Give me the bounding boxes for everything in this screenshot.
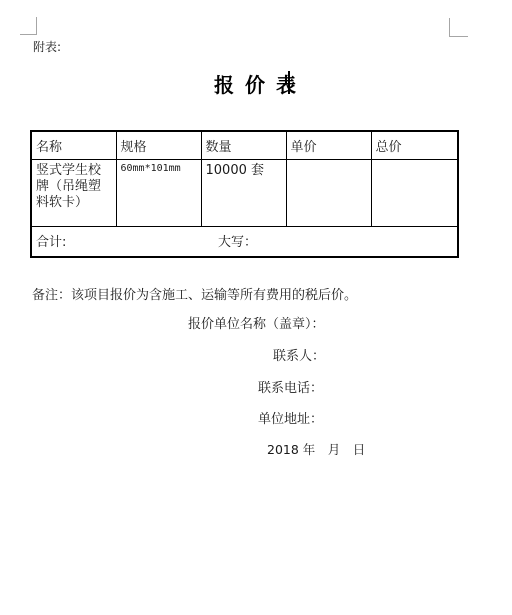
cell-spec: 60mm*101mm (116, 159, 201, 226)
column-header-unit-price: 单价 (286, 131, 371, 159)
margin-crop-mark-top-right (449, 18, 468, 37)
appendix-label: 附表: (33, 38, 61, 55)
contact-phone-label: 联系电话： (258, 377, 323, 396)
table-header-row: 名称 规格 数量 单价 总价 (31, 131, 458, 159)
table-footer-row: 合计: 大写： (31, 226, 458, 257)
cell-unit-price[interactable] (286, 159, 371, 226)
margin-crop-mark-top-left (20, 17, 37, 35)
document-title: 报 价 表 (0, 69, 512, 98)
quotation-table: 名称 规格 数量 单价 总价 竖式学生校牌（吊绳塑料软卡） 60mm*101mm… (30, 130, 459, 258)
cell-total-price[interactable] (371, 159, 458, 226)
cell-product-name: 竖式学生校牌（吊绳塑料软卡） (31, 159, 116, 226)
column-header-quantity: 数量 (201, 131, 286, 159)
amount-in-words-label: 大写： (218, 231, 257, 250)
column-header-total-price: 总价 (371, 131, 458, 159)
column-header-spec: 规格 (116, 131, 201, 159)
table-row: 竖式学生校牌（吊绳塑料软卡） 60mm*101mm 10000 套 (31, 159, 458, 226)
document-page[interactable]: 附表: 报 价 表 名称 规格 数量 单价 总价 竖式学生校牌（吊绳塑料软卡） … (0, 0, 512, 615)
company-name-label: 报价单位名称（盖章）： (188, 313, 325, 332)
footer-cell[interactable]: 合计: 大写： (31, 226, 458, 257)
cell-quantity: 10000 套 (201, 159, 286, 226)
column-header-name: 名称 (31, 131, 116, 159)
text-cursor (288, 71, 290, 94)
note-text: 备注：该项目报价为含施工、运输等所有费用的税后价。 (32, 284, 357, 303)
company-address-label: 单位地址： (258, 408, 323, 427)
total-label: 合计: (36, 235, 66, 250)
date-label: 2018 年 月 日 (267, 440, 365, 458)
contact-person-label: 联系人： (273, 345, 325, 364)
